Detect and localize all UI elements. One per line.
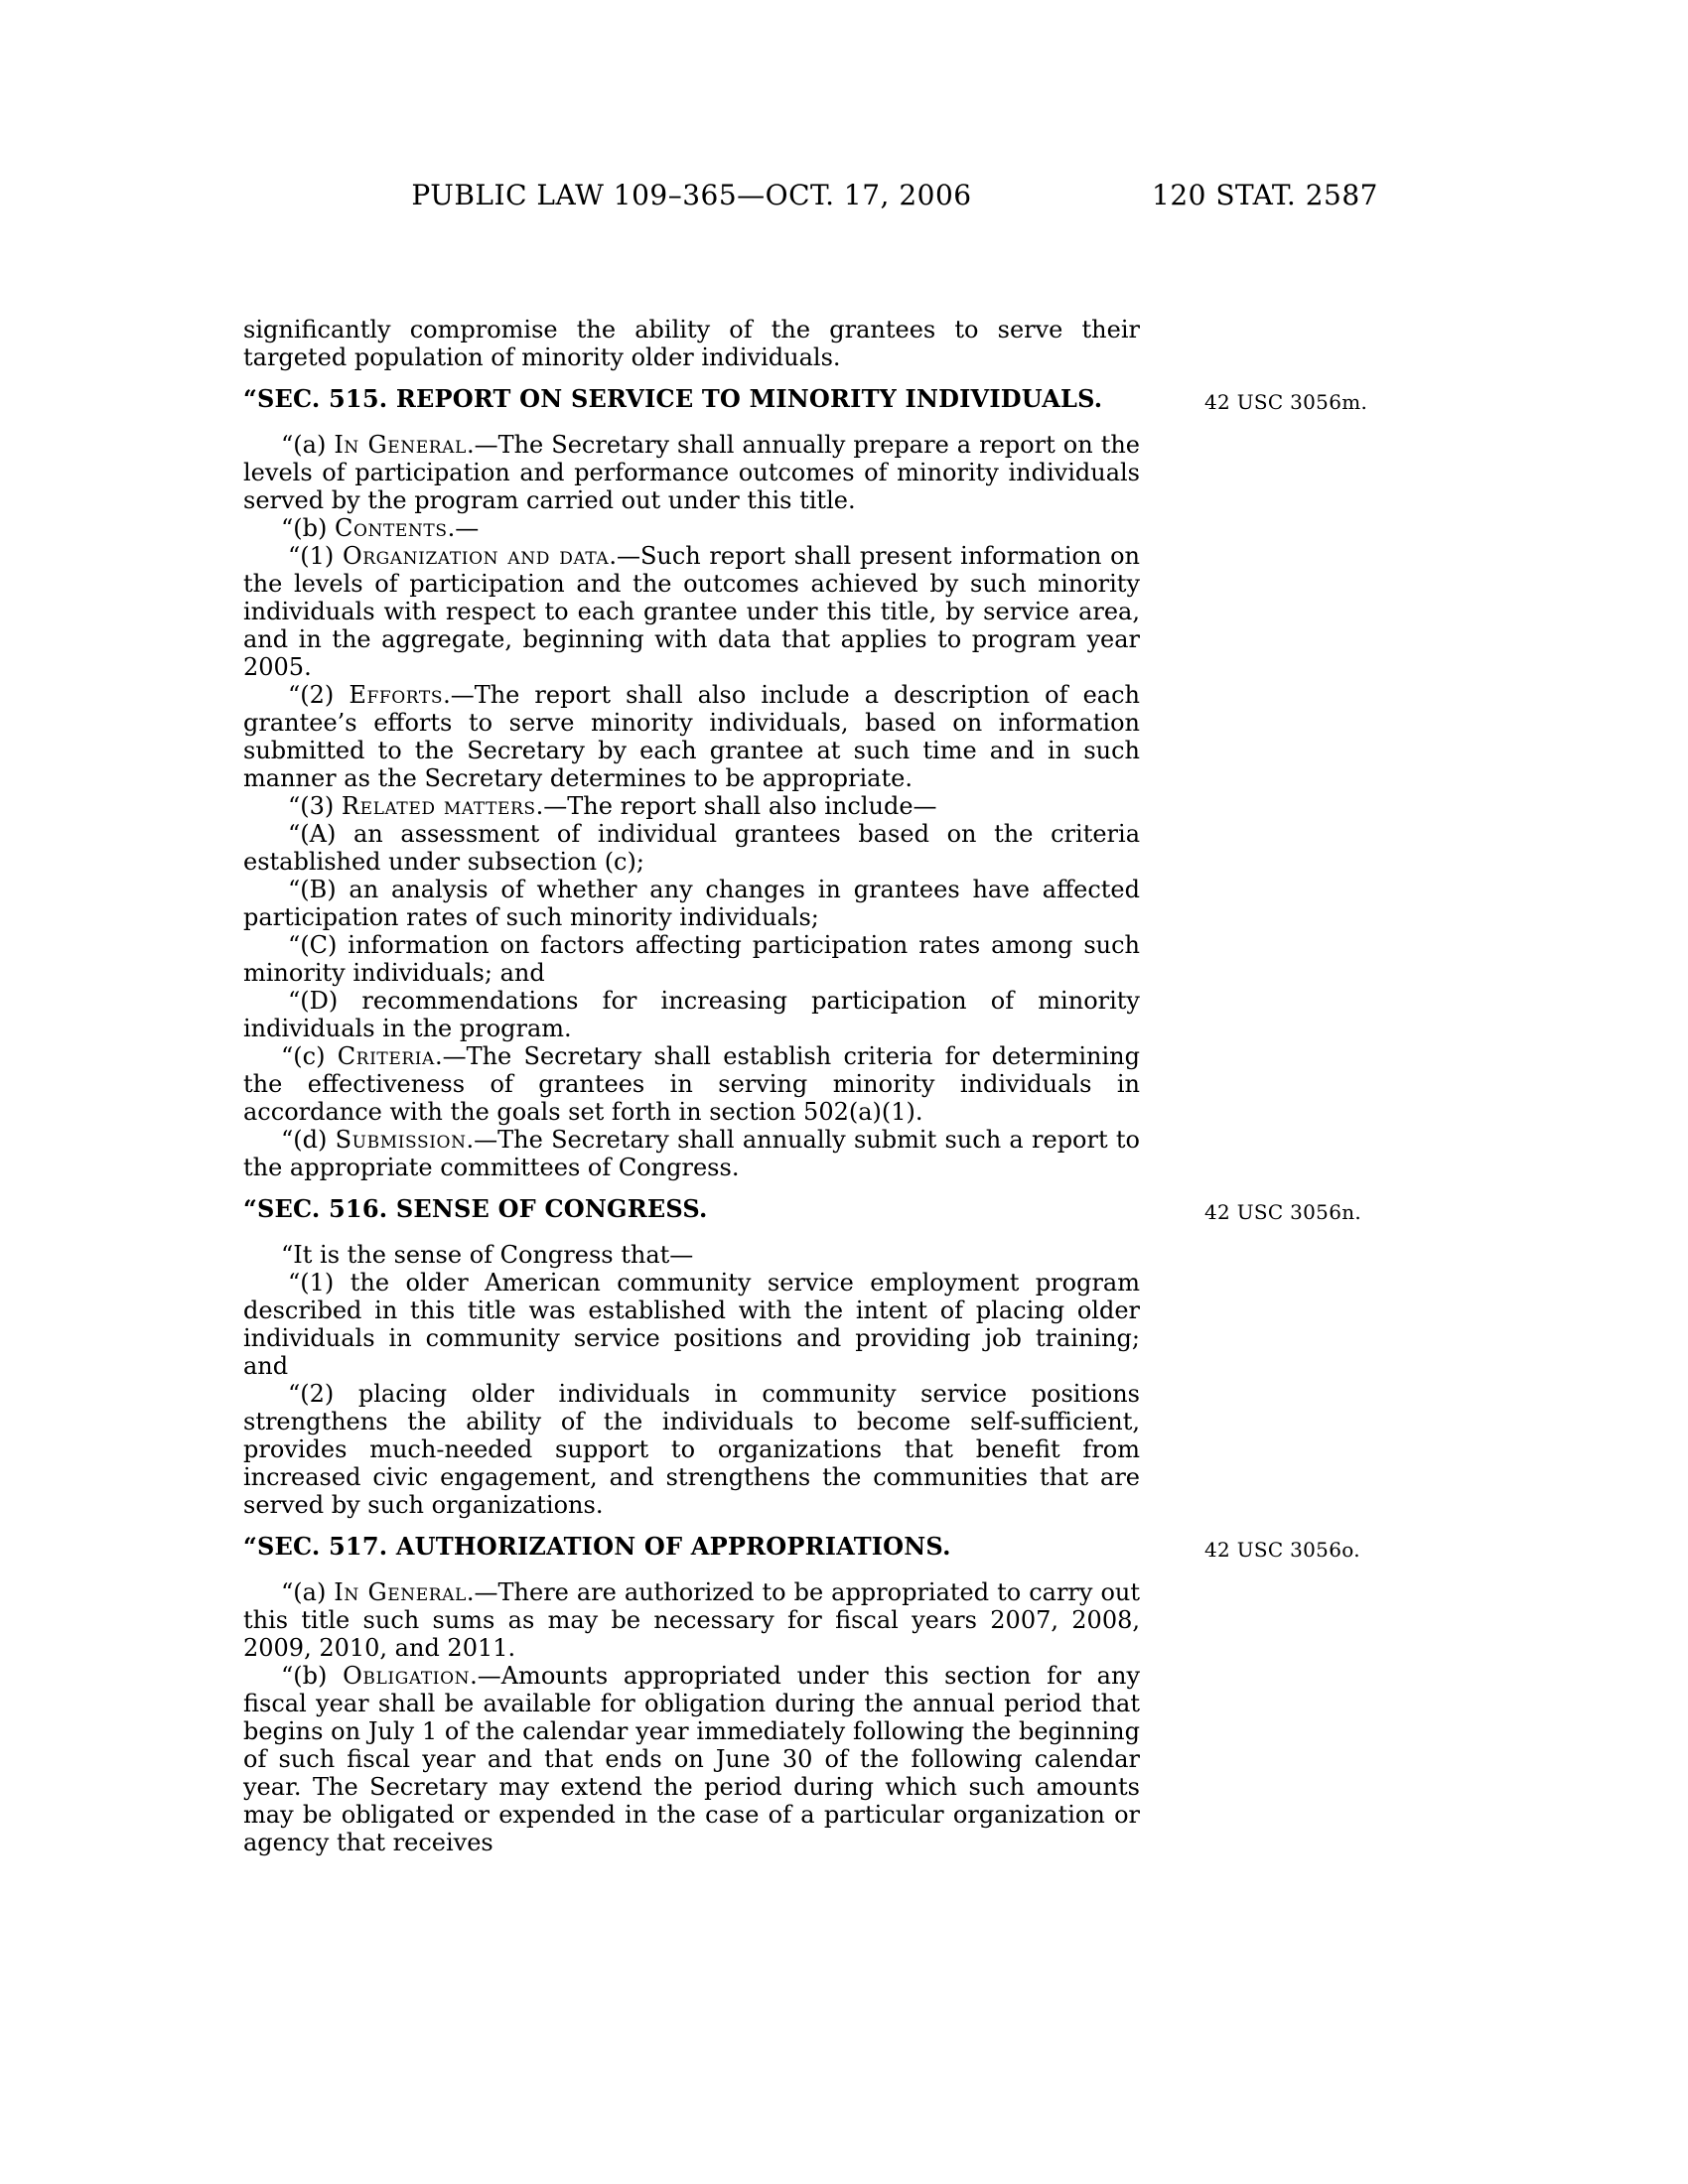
par-label-smallcaps: In General: [334, 431, 467, 459]
par-label-prefix: “(b): [281, 514, 335, 542]
par-label-prefix: “(a): [281, 1578, 334, 1606]
statute-page: PUBLIC LAW 109–365—OCT. 17, 2006 120 STA…: [0, 0, 1688, 2184]
par-label-prefix: “(c): [281, 1042, 338, 1070]
par-text: .—: [448, 514, 480, 542]
sec-517-heading-text: “SEC. 517. AUTHORIZATION OF APPROPRIATIO…: [243, 1532, 951, 1561]
sec-515-par-b: “(b) Contents.—: [243, 514, 1140, 542]
sec-515-par-b2: “(2) Efforts.—The report shall also incl…: [243, 681, 1140, 792]
running-head-stat-page: 120 STAT. 2587: [1152, 179, 1378, 211]
par-label-smallcaps: Contents: [335, 514, 448, 542]
continuation-paragraph: significantly compromise the ability of …: [243, 316, 1140, 371]
par-label-prefix: “(3): [288, 792, 342, 820]
par-text: .—The report shall also include—: [536, 792, 937, 820]
sec-515-par-a: “(a) In General.—The Secretary shall ann…: [243, 431, 1140, 514]
sec-515-par-d: “(d) Submission.—The Secretary shall ann…: [243, 1126, 1140, 1181]
sec-515-heading: “SEC. 515. REPORT ON SERVICE TO MINORITY…: [243, 385, 1140, 413]
par-label-smallcaps: Submission: [336, 1126, 467, 1154]
statute-text-column: significantly compromise the ability of …: [243, 316, 1140, 1856]
sec-515-par-b3-D: “(D) recommendations for increasing part…: [243, 987, 1140, 1042]
par-label-prefix: “(a): [281, 431, 334, 459]
sec-516-intro: “It is the sense of Congress that—: [243, 1241, 1140, 1269]
sec-516-usc-margin-note: 42 USC 3056n.: [1204, 1198, 1502, 1226]
running-head-law-title: PUBLIC LAW 109–365—OCT. 17, 2006: [243, 179, 1140, 211]
par-label-smallcaps: In General: [334, 1578, 467, 1606]
par-label-prefix: “(1): [288, 542, 343, 570]
par-label-prefix: “(d): [281, 1126, 336, 1154]
sec-517-par-a: “(a) In General.—There are authorized to…: [243, 1578, 1140, 1662]
sec-516-par-2: “(2) placing older individuals in commun…: [243, 1380, 1140, 1519]
sec-515-usc-margin-note: 42 USC 3056m.: [1204, 388, 1502, 416]
par-text: .—Amounts appropriated under this sectio…: [243, 1662, 1140, 1856]
sec-515-heading-text: “SEC. 515. REPORT ON SERVICE TO MINORITY…: [243, 384, 1102, 413]
sec-515-par-b3: “(3) Related matters.—The report shall a…: [243, 792, 1140, 820]
sec-517-heading: “SEC. 517. AUTHORIZATION OF APPROPRIATIO…: [243, 1533, 1140, 1561]
sec-515-par-b1: “(1) Organization and data.—Such report …: [243, 542, 1140, 681]
sec-517-par-b: “(b) Obligation.—Amounts appropriated un…: [243, 1662, 1140, 1856]
par-label-smallcaps: Organization and data: [343, 542, 609, 570]
sec-515-par-b3-A: “(A) an assessment of individual grantee…: [243, 820, 1140, 876]
par-label-prefix: “(b): [281, 1662, 343, 1690]
sec-516-heading-text: “SEC. 516. SENSE OF CONGRESS.: [243, 1194, 708, 1223]
par-label-smallcaps: Related matters: [342, 792, 536, 820]
sec-517-usc-margin-note: 42 USC 3056o.: [1204, 1536, 1502, 1564]
par-label-smallcaps: Efforts: [349, 681, 443, 709]
sec-515-par-b3-B: “(B) an analysis of whether any changes …: [243, 876, 1140, 931]
sec-516-heading: “SEC. 516. SENSE OF CONGRESS.42 USC 3056…: [243, 1195, 1140, 1223]
sec-516-par-1: “(1) the older American community servic…: [243, 1269, 1140, 1380]
par-label-smallcaps: Obligation: [343, 1662, 470, 1690]
par-label-prefix: “(2): [288, 681, 349, 709]
sec-515-par-b3-C: “(C) information on factors affecting pa…: [243, 931, 1140, 987]
sec-515-par-c: “(c) Criteria.—The Secretary shall estab…: [243, 1042, 1140, 1126]
par-label-smallcaps: Criteria: [338, 1042, 435, 1070]
